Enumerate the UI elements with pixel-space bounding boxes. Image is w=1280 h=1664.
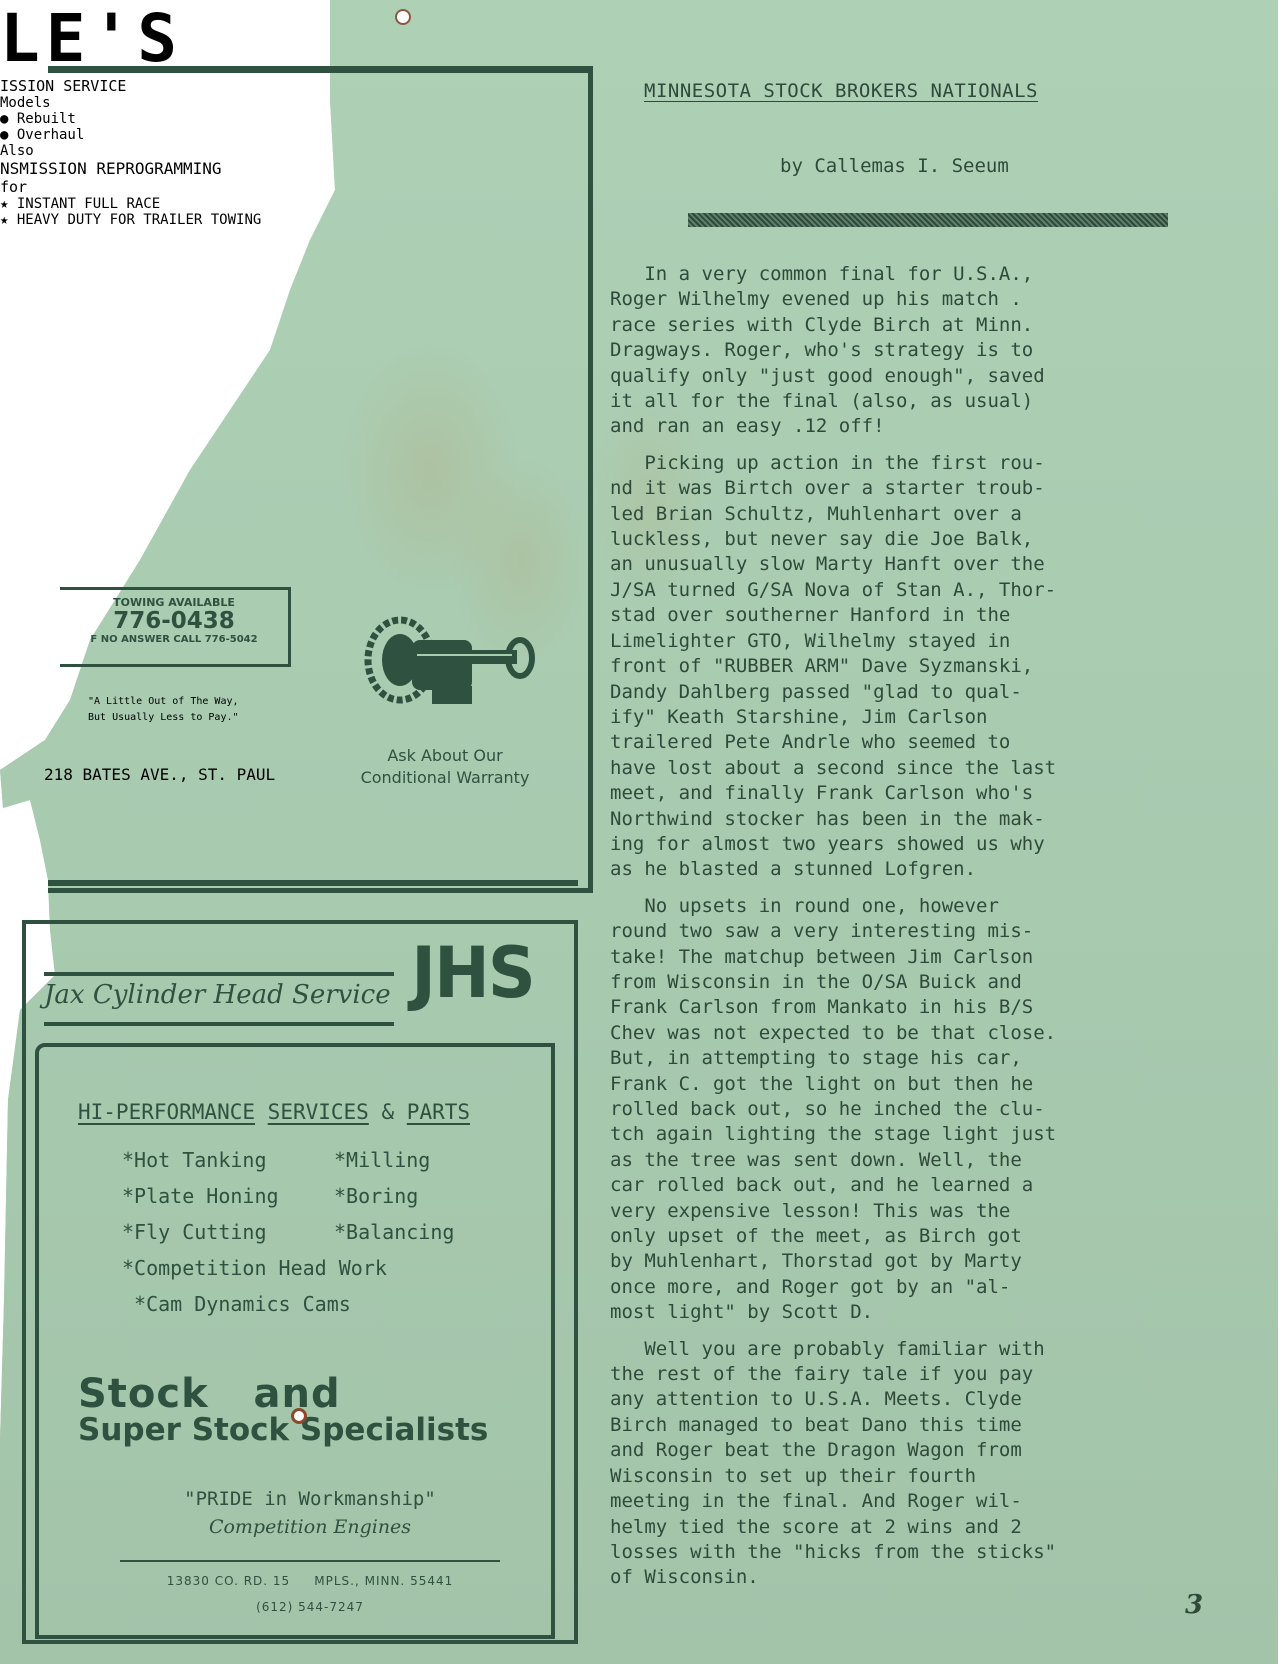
service-item: *Plate Honing: [122, 1178, 334, 1214]
towing-box: TOWING AVAILABLE 776-0438 F NO ANSWER CA…: [60, 587, 291, 667]
jhs-services-list: *Hot Tanking*Milling *Plate Honing*Borin…: [122, 1142, 454, 1322]
jhs-phone: (612) 544-7247: [120, 1600, 500, 1614]
transmission-icon: [362, 610, 537, 720]
service-row: *Competition Head Work: [122, 1250, 454, 1286]
ad-address: 218 BATES AVE., ST. PAUL: [44, 765, 275, 784]
jhs-pride-slogan: "PRIDE in Workmanship": [120, 1488, 500, 1510]
ad-warranty: Ask About Our Conditional Warranty: [340, 745, 550, 789]
warranty-line-1: Ask About Our: [340, 745, 550, 767]
heading-part: SERVICES: [268, 1100, 369, 1124]
towing-alt-phone: F NO ANSWER CALL 776-5042: [60, 634, 288, 645]
article-paragraph: No upsets in round one, however round tw…: [610, 894, 1210, 1326]
heading-part: PARTS: [407, 1100, 470, 1124]
title-rule-bottom: [44, 1022, 394, 1026]
service-item: *Milling: [334, 1148, 430, 1172]
service-row: *Plate Honing*Boring: [122, 1178, 454, 1214]
article-title: MINNESOTA STOCK BROKERS NATIONALS: [644, 80, 1038, 102]
decorative-hatch-rule: [688, 213, 1168, 227]
slogan-line-2: But Usually Less to Pay.": [88, 710, 239, 726]
jhs-inner-border: [35, 1043, 555, 1639]
article-byline: by Callemas I. Seeum: [780, 155, 1009, 177]
heading-part: &: [381, 1100, 394, 1124]
slogan-line-1: "A Little Out of The Way,: [88, 694, 239, 710]
warranty-line-2: Conditional Warranty: [340, 767, 550, 789]
service-item: *Hot Tanking: [122, 1142, 334, 1178]
article-paragraph: Well you are probably familiar with the …: [610, 1337, 1210, 1591]
ad-slogan: "A Little Out of The Way, But Usually Le…: [88, 694, 239, 726]
service-row: *Fly Cutting*Balancing: [122, 1214, 454, 1250]
ad-divider: [48, 880, 578, 886]
specialists-line-1: Stock and: [78, 1376, 488, 1412]
jhs-company-name: Jax Cylinder Head Service: [44, 980, 391, 1010]
page-number: 3: [1185, 1590, 1203, 1620]
service-item: *Fly Cutting: [122, 1214, 334, 1250]
jhs-rule: [120, 1560, 500, 1562]
article-body: In a very common final for U.S.A., Roger…: [610, 262, 1210, 1602]
service-row: *Cam Dynamics Cams: [122, 1286, 454, 1322]
punch-hole: [395, 9, 411, 25]
jhs-address: 13830 CO. RD. 15 MPLS., MINN. 55441: [120, 1574, 500, 1588]
star-icon: ★: [0, 196, 8, 212]
service-item: *Balancing: [334, 1220, 454, 1244]
article-paragraph: Picking up action in the first rou- nd i…: [610, 451, 1210, 883]
service-item: *Boring: [334, 1184, 418, 1208]
jhs-heading: HI-PERFORMANCE SERVICES & PARTS: [78, 1100, 470, 1124]
towing-phone: 776-0438: [60, 609, 288, 634]
heading-part: HI-PERFORMANCE: [78, 1100, 255, 1124]
jhs-specialists: Stock and Super Stock Specialists: [78, 1376, 488, 1448]
jhs-competition-engines: Competition Engines: [120, 1516, 500, 1538]
service-item: *Competition Head Work: [122, 1256, 387, 1280]
burn-hole: [294, 1411, 304, 1421]
title-rule-top: [44, 972, 394, 976]
article-paragraph: In a very common final for U.S.A., Roger…: [610, 262, 1210, 440]
specialists-line-2: Super Stock Specialists: [78, 1412, 488, 1448]
service-item: *Cam Dynamics Cams: [122, 1292, 351, 1316]
star-icon: ★: [0, 212, 8, 228]
jhs-logo: JHS: [411, 938, 534, 1008]
service-row: *Hot Tanking*Milling: [122, 1142, 454, 1178]
